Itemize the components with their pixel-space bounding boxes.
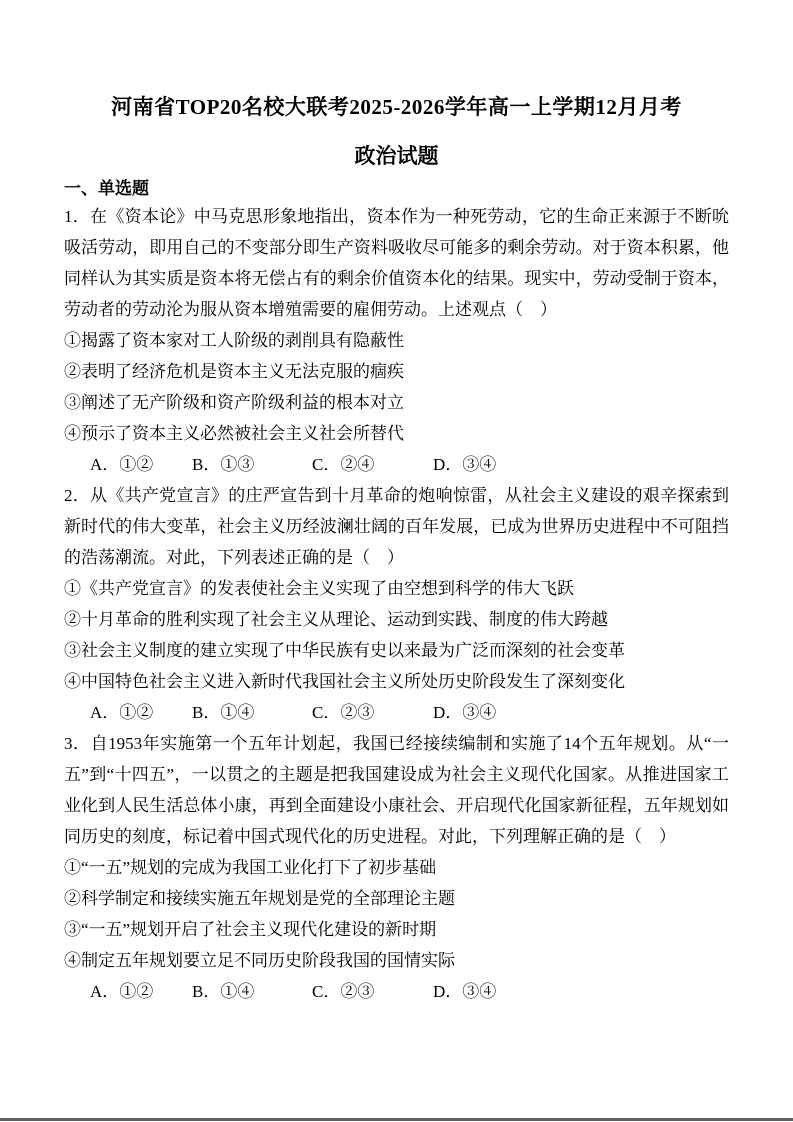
question-2-choice-d: D．③④ [433, 697, 729, 728]
question-2-choices-row: A．①② B．①④ C．②③ D．③④ [64, 697, 729, 728]
question-1-statement-4: ④预示了资本主义必然被社会主义社会所替代 [64, 418, 729, 449]
page-bottom-divider [0, 1118, 793, 1121]
question-1-choice-d: D．③④ [433, 449, 729, 480]
question-1-stem: 1．在《资本论》中马克思形象地指出，资本作为一种死劳动，它的生命正来源于不断吮吸… [64, 201, 729, 325]
question-1-choices-row: A．①② B．①③ C．②④ D．③④ [64, 449, 729, 480]
question-1-statement-1: ①揭露了资本家对工人阶级的剥削具有隐蔽性 [64, 325, 729, 356]
question-3-statement-1: ①“一五”规划的完成为我国工业化打下了初步基础 [64, 852, 729, 883]
question-2-choice-c: C．②③ [312, 697, 433, 728]
question-1: 1．在《资本论》中马克思形象地指出，资本作为一种死劳动，它的生命正来源于不断吮吸… [64, 201, 729, 480]
question-3-choice-d: D．③④ [433, 976, 729, 1007]
question-3-choice-b: B．①④ [192, 976, 312, 1007]
question-2-statement-1: ①《共产党宣言》的发表使社会主义实现了由空想到科学的伟大飞跃 [64, 573, 729, 604]
question-3-statement-2: ②科学制定和接续实施五年规划是党的全部理论主题 [64, 883, 729, 914]
exam-document-page: 河南省TOP20名校大联考2025-2026学年高一上学期12月月考 政治试题 … [0, 0, 793, 1122]
question-1-choice-c: C．②④ [312, 449, 433, 480]
question-1-statement-2: ②表明了经济危机是资本主义无法克服的痼疾 [64, 356, 729, 387]
section-heading: 一、单选题 [64, 177, 729, 201]
page-title: 河南省TOP20名校大联考2025-2026学年高一上学期12月月考 [64, 92, 729, 122]
question-3-statement-4: ④制定五年规划要立足不同历史阶段我国的国情实际 [64, 945, 729, 976]
question-1-choice-a: A．①② [90, 449, 192, 480]
question-2-stem: 2．从《共产党宣言》的庄严宣告到十月革命的炮响惊雷，从社会主义建设的艰辛探索到新… [64, 480, 729, 573]
question-3-choice-a: A．①② [90, 976, 192, 1007]
question-3-choice-c: C．②③ [312, 976, 433, 1007]
question-3-stem: 3．自1953年实施第一个五年计划起，我国已经接续编制和实施了14个五年规划。从… [64, 728, 729, 852]
question-3-statement-3: ③“一五”规划开启了社会主义现代化建设的新时期 [64, 914, 729, 945]
document-content: 河南省TOP20名校大联考2025-2026学年高一上学期12月月考 政治试题 … [64, 92, 729, 1007]
question-2-choice-a: A．①② [90, 697, 192, 728]
question-3: 3．自1953年实施第一个五年计划起，我国已经接续编制和实施了14个五年规划。从… [64, 728, 729, 1007]
question-2-choice-b: B．①④ [192, 697, 312, 728]
question-2-statement-2: ②十月革命的胜利实现了社会主义从理论、运动到实践、制度的伟大跨越 [64, 604, 729, 635]
question-2-statement-4: ④中国特色社会主义进入新时代我国社会主义所处历史阶段发生了深刻变化 [64, 666, 729, 697]
question-1-statement-3: ③阐述了无产阶级和资产阶级利益的根本对立 [64, 387, 729, 418]
question-1-choice-b: B．①③ [192, 449, 312, 480]
question-2-statement-3: ③社会主义制度的建立实现了中华民族有史以来最为广泛而深刻的社会变革 [64, 635, 729, 666]
question-3-choices-row: A．①② B．①④ C．②③ D．③④ [64, 976, 729, 1007]
page-subtitle: 政治试题 [64, 141, 729, 171]
question-2: 2．从《共产党宣言》的庄严宣告到十月革命的炮响惊雷，从社会主义建设的艰辛探索到新… [64, 480, 729, 728]
